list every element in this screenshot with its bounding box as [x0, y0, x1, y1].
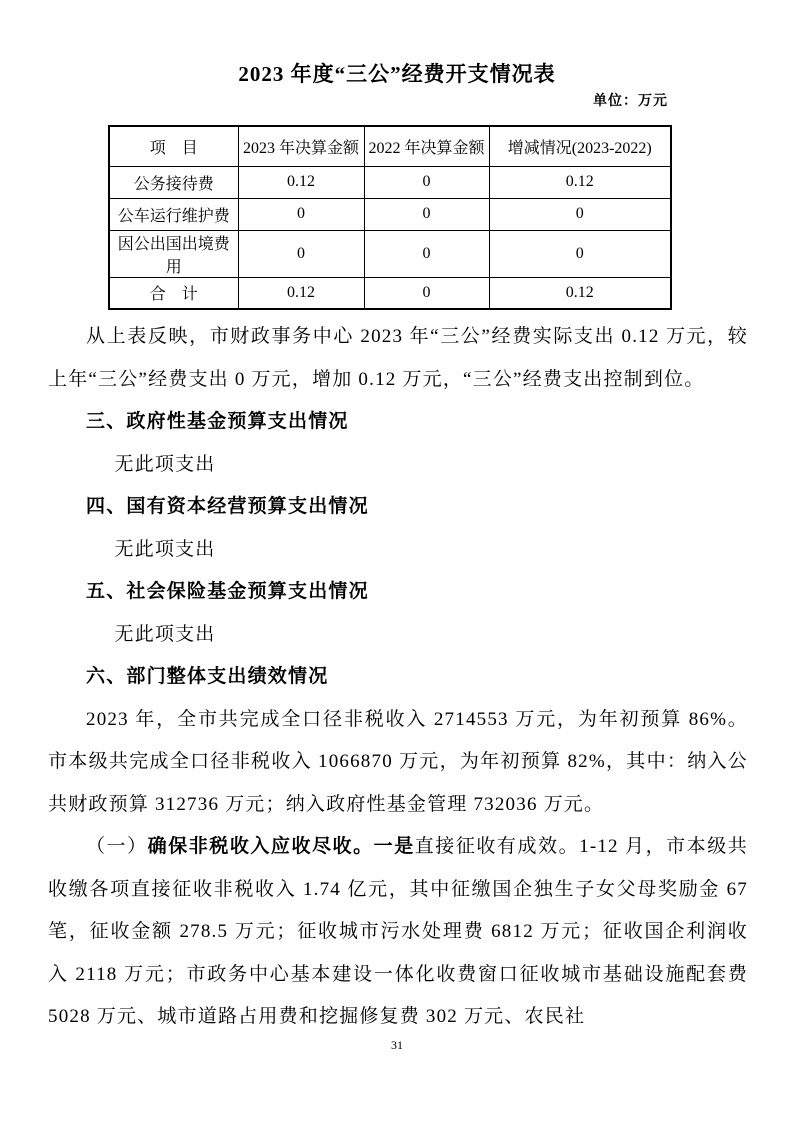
- table-cell: 0.12: [489, 166, 671, 198]
- table-cell-label: 因公出国出境费用: [109, 230, 238, 277]
- no-expense-note: 无此项支出: [48, 529, 748, 572]
- table-row-total: 合 计 0.12 0 0.12: [109, 277, 671, 309]
- section-heading-3: 三、政府性基金预算支出情况: [48, 401, 748, 444]
- table-header-delta: 增减情况(2023-2022): [489, 126, 671, 166]
- table-cell: 0: [238, 198, 364, 230]
- table-cell: 0: [364, 166, 489, 198]
- item1-bold-lead: 确保非税收入应收尽收。: [148, 836, 374, 857]
- table-cell: 0: [364, 277, 489, 309]
- no-expense-note: 无此项支出: [48, 614, 748, 657]
- page-title: 2023 年度“三公”经费开支情况表: [0, 58, 794, 88]
- table-cell: 0: [238, 230, 364, 277]
- table-row: 因公出国出境费用 0 0 0: [109, 230, 671, 277]
- paragraph-performance: 2023 年，全市共完成全口径非税收入 2714553 万元，为年初预算 86%…: [48, 699, 748, 827]
- table-cell: 0: [364, 230, 489, 277]
- table-row: 公务接待费 0.12 0 0.12: [109, 166, 671, 198]
- table-cell-label: 公务接待费: [109, 166, 238, 198]
- paragraph-summary: 从上表反映，市财政事务中心 2023 年“三公”经费实际支出 0.12 万元，较…: [48, 316, 748, 401]
- table-cell-label: 合 计: [109, 277, 238, 309]
- item1-prefix: （一）: [86, 836, 148, 857]
- table-cell: 0: [489, 230, 671, 277]
- item1-rest: 直接征收有成效。1-12 月，市本级共收缴各项直接征收非税收入 1.74 亿元，…: [48, 836, 748, 1027]
- table-cell: 0.12: [238, 277, 364, 309]
- table-header-2022: 2022 年决算金额: [364, 126, 489, 166]
- table-cell: 0: [364, 198, 489, 230]
- section-heading-6: 六、部门整体支出绩效情况: [48, 656, 748, 699]
- table-header-2023: 2023 年决算金额: [238, 126, 364, 166]
- document-body: 从上表反映，市财政事务中心 2023 年“三公”经费实际支出 0.12 万元，较…: [48, 316, 748, 1039]
- item1-bold-sub: 一是: [374, 836, 415, 857]
- table-header-row: 项 目 2023 年决算金额 2022 年决算金额 增减情况(2023-2022…: [109, 126, 671, 166]
- table-row: 公车运行维护费 0 0 0: [109, 198, 671, 230]
- table-cell: 0.12: [238, 166, 364, 198]
- unit-note: 单位：万元: [0, 90, 668, 110]
- section-heading-4: 四、国有资本经营预算支出情况: [48, 486, 748, 529]
- table-cell: 0: [489, 198, 671, 230]
- document-page: 2023 年度“三公”经费开支情况表 单位：万元 项 目 2023 年决算金额 …: [0, 0, 794, 1123]
- table-cell: 0.12: [489, 277, 671, 309]
- page-number: 31: [0, 1038, 794, 1053]
- table-header-item: 项 目: [109, 126, 238, 166]
- paragraph-item1: （一）确保非税收入应收尽收。一是直接征收有成效。1-12 月，市本级共收缴各项直…: [48, 826, 748, 1039]
- no-expense-note: 无此项支出: [48, 444, 748, 487]
- table-cell-label: 公车运行维护费: [109, 198, 238, 230]
- sangong-expense-table: 项 目 2023 年决算金额 2022 年决算金额 增减情况(2023-2022…: [108, 125, 672, 310]
- section-heading-5: 五、社会保险基金预算支出情况: [48, 571, 748, 614]
